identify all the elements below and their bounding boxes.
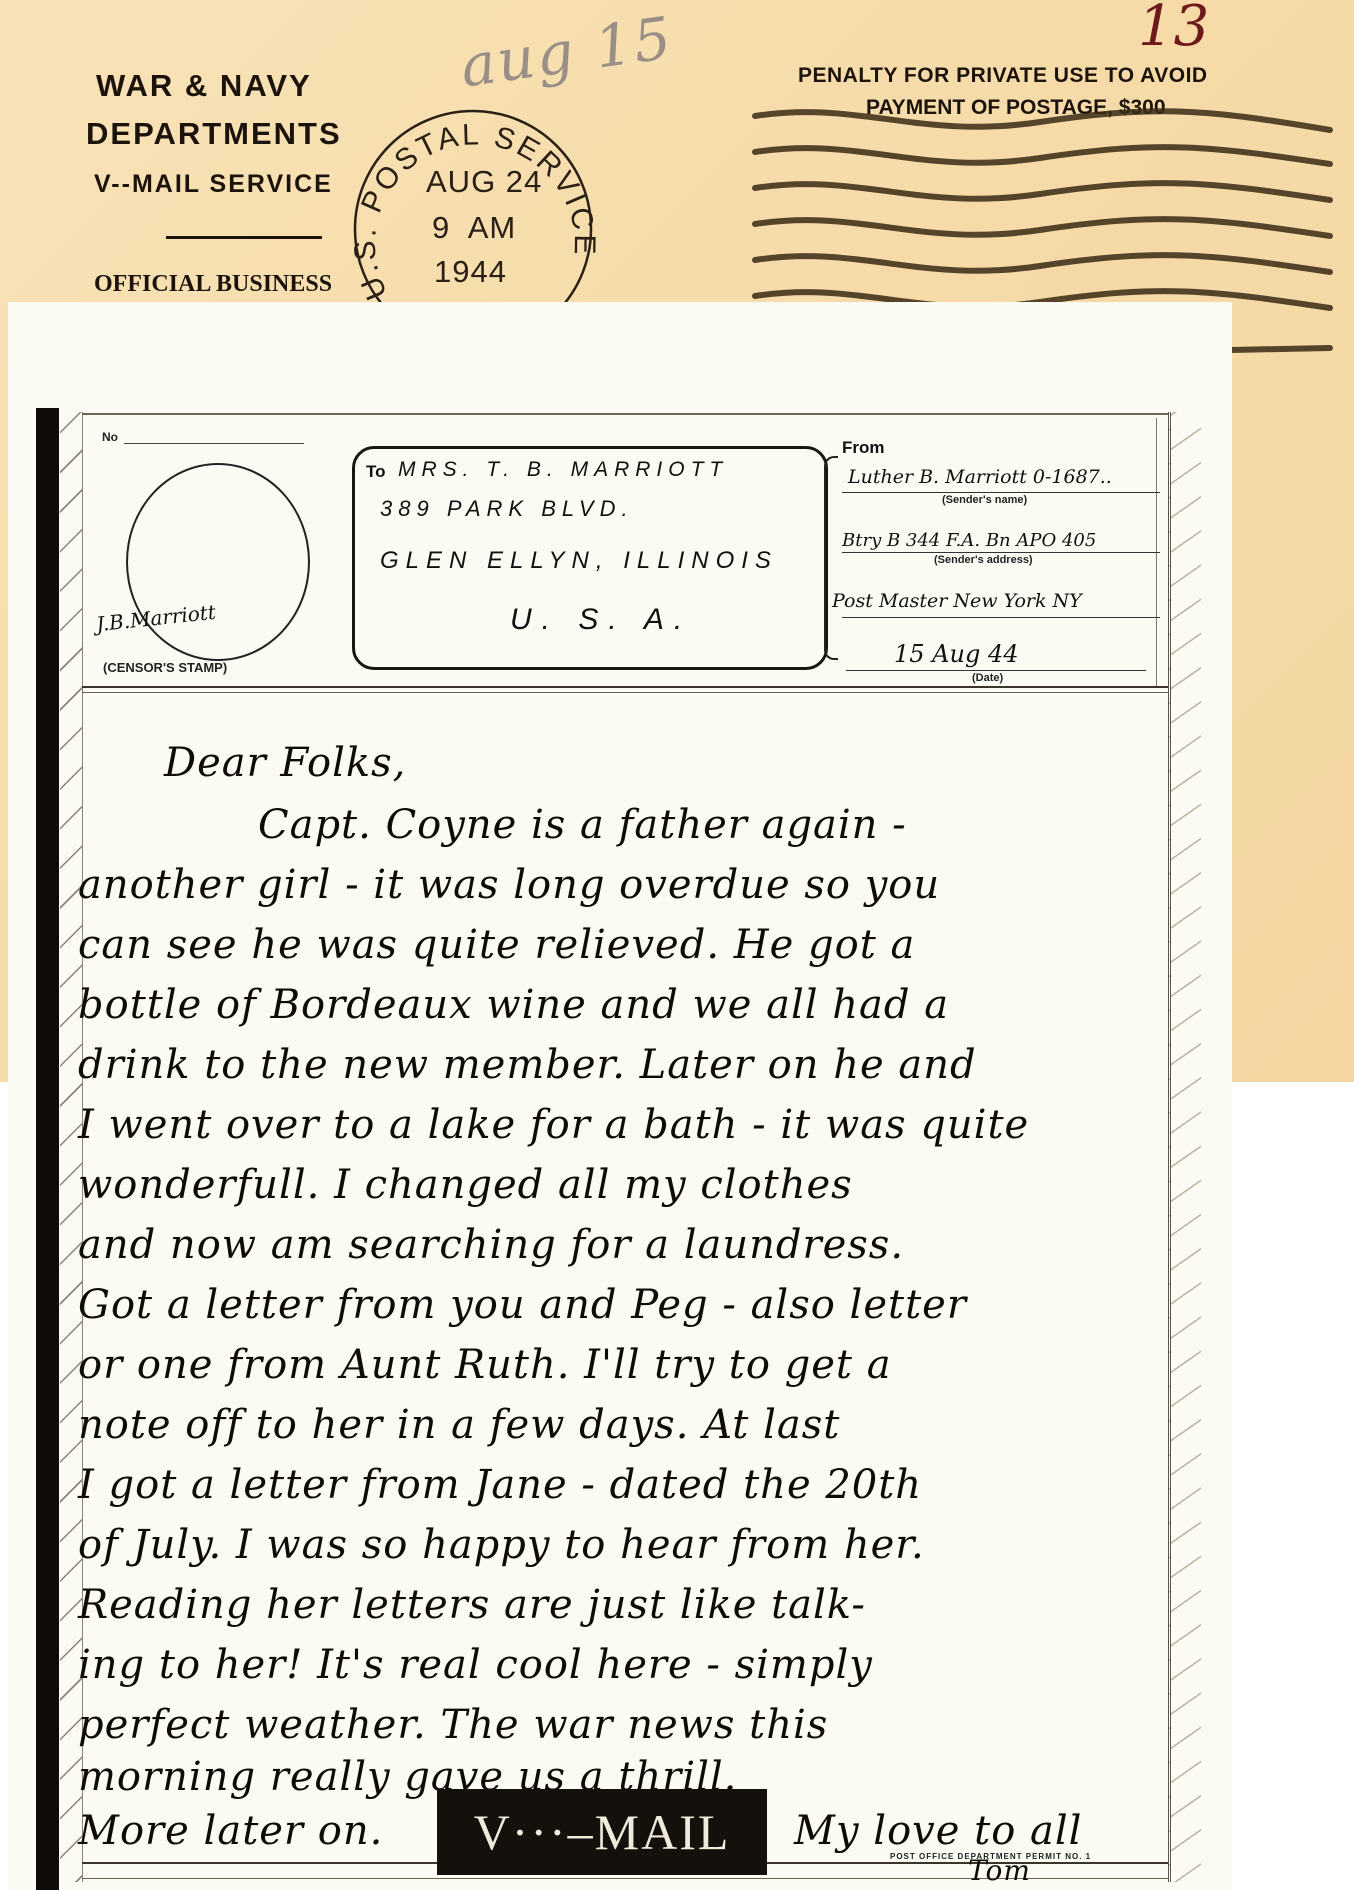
- header-divider: [82, 686, 1168, 693]
- recipient-name: MRS. T. B. MARRIOTT: [398, 458, 728, 482]
- senders-name: Luther B. Marriott 0-1687..: [848, 466, 1112, 488]
- letter-line: bottle of Bordeaux wine and we all had a: [78, 982, 949, 1028]
- senders-name-caption: (Sender's name): [942, 494, 1027, 506]
- letter-line: Reading her letters are just like talk-: [78, 1582, 866, 1628]
- salutation: Dear Folks,: [164, 740, 406, 786]
- postmark-time: 9 AM: [432, 210, 516, 246]
- letter-line: note off to her in a few days. At last: [78, 1402, 840, 1448]
- closing: My love to all: [794, 1808, 1082, 1854]
- margin-bar: [36, 408, 59, 1890]
- dept-line-3: V--MAIL SERVICE: [94, 170, 333, 199]
- page-number: 13: [1138, 0, 1209, 59]
- censor-stamp-label: (CENSOR'S STAMP): [103, 660, 227, 675]
- from-bracket: [824, 456, 838, 660]
- letter-line: Capt. Coyne is a father again -: [258, 802, 907, 848]
- letter-line: I got a letter from Jane - dated the 20t…: [78, 1462, 922, 1508]
- letter-line: another girl - it was long overdue so yo…: [78, 862, 940, 908]
- letter-line: Got a letter from you and Peg - also let…: [78, 1282, 967, 1328]
- recipient-city: GLEN ELLYN, ILLINOIS: [380, 547, 778, 575]
- dept-line-1: WAR & NAVY: [96, 68, 312, 104]
- letter-line: wonderfull. I changed all my clothes: [78, 1162, 853, 1208]
- letter-line: can see he was quite relieved. He got a: [78, 922, 915, 968]
- to-label: To: [366, 462, 386, 482]
- postmaster-underline: [842, 617, 1160, 618]
- senders-address-line: [842, 552, 1160, 553]
- divider: [166, 236, 322, 239]
- letter-date: 15 Aug 44: [894, 640, 1019, 668]
- letter-line: or one from Aunt Ruth. I'll try to get a: [78, 1342, 892, 1388]
- letter-line: drink to the new member. Later on he and: [78, 1042, 977, 1088]
- senders-address: Btry B 344 F.A. Bn APO 405: [842, 530, 1096, 551]
- form-border-top: [82, 413, 1168, 415]
- number-label: No: [102, 430, 118, 444]
- postmark-date: AUG 24: [426, 164, 542, 200]
- postmaster-line: Post Master New York NY: [832, 590, 1082, 612]
- letter-line: More later on.: [78, 1808, 383, 1854]
- penalty-line-1: PENALTY FOR PRIVATE USE TO AVOID: [798, 64, 1208, 88]
- pencil-note: aug 15: [456, 3, 677, 100]
- letter-line: ing to her! It's real cool here - simply: [78, 1642, 873, 1688]
- date-caption: (Date): [972, 672, 1003, 684]
- censor-stamp-circle: [126, 463, 310, 661]
- hatched-margin-right: [1168, 412, 1201, 1882]
- letter-line: I went over to a lake for a bath - it wa…: [78, 1102, 1029, 1148]
- number-field-line: [124, 443, 304, 444]
- letter-line: of July. I was so happy to hear from her…: [78, 1522, 925, 1568]
- senders-address-caption: (Sender's address): [934, 554, 1033, 566]
- vmail-logo: V···–MAIL: [437, 1789, 767, 1875]
- permit-text: POST OFFICE DEPARTMENT PERMIT NO. 1: [890, 1852, 1091, 1861]
- postmark-year: 1944: [434, 254, 507, 290]
- dept-line-2: DEPARTMENTS: [86, 116, 342, 152]
- letter-line: and now am searching for a laundress.: [78, 1222, 904, 1268]
- recipient-street: 389 PARK BLVD.: [380, 496, 634, 522]
- from-label: From: [842, 438, 885, 458]
- senders-name-line: [842, 492, 1160, 493]
- date-line: [846, 670, 1146, 671]
- recipient-country: U. S. A.: [510, 603, 692, 637]
- letter-line: perfect weather. The war news this: [78, 1702, 828, 1748]
- official-business: OFFICIAL BUSINESS: [94, 271, 332, 298]
